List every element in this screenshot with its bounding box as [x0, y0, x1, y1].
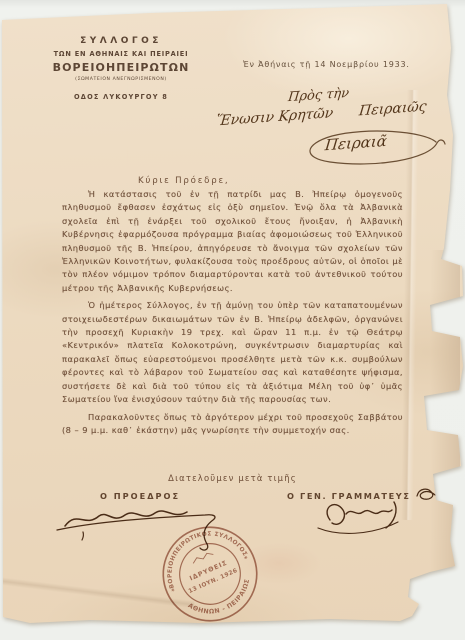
letterhead-org-line2: ΤΩΝ ΕΝ ΑΘΗΝΑΙΣ ΚΑΙ ΠΕΙΡΑΙΕΙ: [36, 50, 206, 58]
dateline: Ἐν Ἀθήναις τῇ 14 Νοεμβρίου 1933.: [243, 60, 443, 69]
letterhead-org-small: ΣΥΛΛΟΓΟΣ: [36, 36, 206, 46]
body-paragraph-2: Ὁ ἡμέτερος Σύλλογος, ἐν τῇ ἀμύνῃ του ὑπὲ…: [62, 299, 403, 406]
right-edge-wear: [430, 250, 460, 580]
letterhead-org-large: ΒΟΡΕΙΟΗΠΕΙΡΩΤΩΝ: [36, 61, 206, 74]
body-paragraph-1: Ἡ κατάστασις τοῦ ἐν τῇ πατρίδι μας Β. Ἠπ…: [62, 188, 403, 295]
scanned-letter-page: ΣΥΛΛΟΓΟΣ ΤΩΝ ΕΝ ΑΘΗΝΑΙΣ ΚΑΙ ΠΕΙΡΑΙΕΙ ΒΟΡ…: [0, 0, 465, 640]
secretary-signature: [312, 498, 412, 540]
handwritten-addressee: Ἕνωσιν Κρητῶν: [215, 105, 334, 129]
letter-body: Ἡ κατάστασις τοῦ ἐν τῇ πατρίδι μας Β. Ἠπ…: [62, 188, 403, 441]
stamp-star-right: *: [243, 554, 250, 563]
handwritten-address-line1: Πρὸς τὴν: [287, 86, 350, 105]
letterhead-org-status: (ΣΩΜΑΤΕΙΟΝ ΑΝΕΓΝΩΡΙΣΜΕΝΟΝ): [36, 77, 206, 82]
handwritten-address-line2: Ἕνωσιν ΚρητῶνΠειραιῶς: [215, 99, 427, 130]
letterhead-address: ΟΔΟΣ ΛΥΚΟΥΡΓΟΥ 8: [36, 93, 206, 101]
ink-flourish-ellipse: [296, 128, 446, 173]
body-paragraph-3: Παρακαλοῦντες ὅπως τὸ ἀργότερον μέχρι το…: [62, 411, 403, 438]
stamp-ornament: [192, 551, 214, 563]
round-stamp-seal: ΒΟΡΕΙΟΗΠΕΙΡΩΤΙΚΟΣ ΣΥΛΛΟΓΟΣ ΑΘΗΝΩΝ - ΠΕΙΡ…: [155, 519, 265, 629]
salutation: Κύριε Πρόεδρε,: [138, 176, 229, 186]
stamp-star-left: *: [170, 587, 177, 596]
letterhead: ΣΥΛΛΟΓΟΣ ΤΩΝ ΕΝ ΑΘΗΝΑΙΣ ΚΑΙ ΠΕΙΡΑΙΕΙ ΒΟΡ…: [36, 36, 206, 101]
aged-paper-sheet: ΣΥΛΛΟΓΟΣ ΤΩΝ ΕΝ ΑΘΗΝΑΙΣ ΚΑΙ ΠΕΙΡΑΙΕΙ ΒΟΡ…: [0, 0, 465, 640]
valediction: Διατελοῦμεν μετὰ τιμῆς: [62, 473, 403, 483]
secretary-initials-scribble: [414, 487, 438, 501]
paper-shadow: ΣΥΛΛΟΓΟΣ ΤΩΝ ΕΝ ΑΘΗΝΑΙΣ ΚΑΙ ΠΕΙΡΑΙΕΙ ΒΟΡ…: [0, 0, 465, 640]
